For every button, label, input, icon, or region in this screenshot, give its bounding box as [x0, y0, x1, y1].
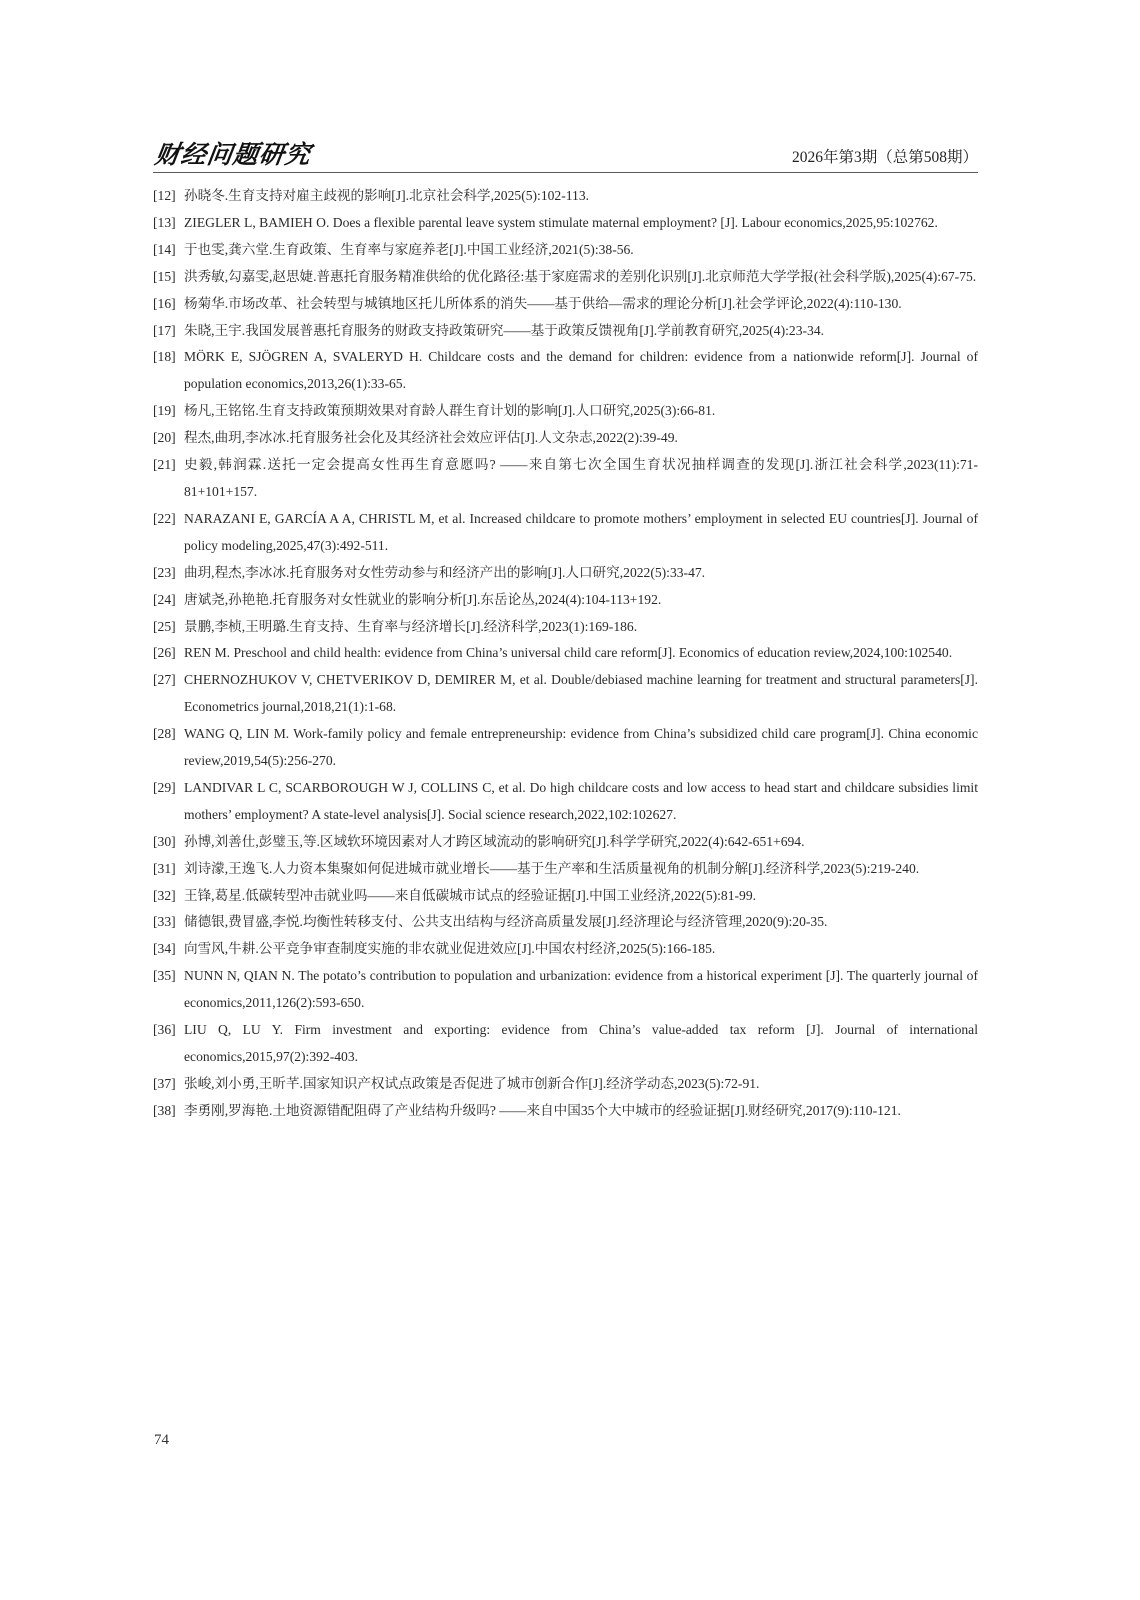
reference-text: 史毅,韩润霖.送托一定会提高女性再生育意愿吗? ——来自第七次全国生育状况抽样调… — [184, 452, 978, 506]
reference-text: 李勇刚,罗海艳.土地资源错配阻碍了产业结构升级吗? ——来自中国35个大中城市的… — [184, 1098, 978, 1125]
reference-number: [23] — [153, 560, 183, 587]
reference-text: LIU Q, LU Y. Firm investment and exporti… — [184, 1017, 978, 1071]
reference-number: [21] — [153, 452, 183, 479]
reference-number: [26] — [153, 640, 183, 667]
reference-text: NARAZANI E, GARCÍA A A, CHRISTL M, et al… — [184, 506, 978, 560]
reference-text: CHERNOZHUKOV V, CHETVERIKOV D, DEMIRER M… — [184, 667, 978, 721]
reference-text: 朱晓,王宇.我国发展普惠托育服务的财政支持政策研究——基于政策反馈视角[J].学… — [184, 318, 978, 345]
reference-item: [31] 刘诗濛,王逸飞.人力资本集聚如何促进城市就业增长——基于生产率和生活质… — [153, 856, 978, 883]
reference-number: [18] — [153, 344, 183, 371]
reference-number: [15] — [153, 264, 183, 291]
reference-item: [35] NUNN N, QIAN N. The potato’s contri… — [153, 963, 978, 1017]
reference-number: [34] — [153, 936, 183, 963]
reference-number: [12] — [153, 183, 183, 210]
reference-number: [16] — [153, 291, 183, 318]
reference-number: [22] — [153, 506, 183, 533]
reference-item: [33] 储德银,费冒盛,李悦.均衡性转移支付、公共支出结构与经济高质量发展[J… — [153, 909, 978, 936]
reference-item: [30] 孙博,刘善仕,彭璧玉,等.区域软环境因素对人才跨区域流动的影响研究[J… — [153, 829, 978, 856]
reference-text: REN M. Preschool and child health: evide… — [184, 640, 978, 667]
reference-text: 孙晓冬.生育支持对雇主歧视的影响[J].北京社会科学,2025(5):102-1… — [184, 183, 978, 210]
reference-number: [25] — [153, 614, 183, 641]
reference-number: [35] — [153, 963, 183, 990]
reference-text: 王锋,葛星.低碳转型冲击就业吗——来自低碳城市试点的经验证据[J].中国工业经济… — [184, 883, 978, 910]
reference-item: [24] 唐斌尧,孙艳艳.托育服务对女性就业的影响分析[J].东岳论丛,2024… — [153, 587, 978, 614]
reference-item: [12] 孙晓冬.生育支持对雇主歧视的影响[J].北京社会科学,2025(5):… — [153, 183, 978, 210]
reference-text: LANDIVAR L C, SCARBOROUGH W J, COLLINS C… — [184, 775, 978, 829]
reference-item: [34] 向雪风,牛耕.公平竞争审查制度实施的非农就业促进效应[J].中国农村经… — [153, 936, 978, 963]
reference-number: [19] — [153, 398, 183, 425]
reference-text: 刘诗濛,王逸飞.人力资本集聚如何促进城市就业增长——基于生产率和生活质量视角的机… — [184, 856, 978, 883]
reference-item: [37] 张峻,刘小勇,王昕芊.国家知识产权试点政策是否促进了城市创新合作[J]… — [153, 1071, 978, 1098]
reference-text: 洪秀敏,勾嘉雯,赵思婕.普惠托育服务精准供给的优化路径:基于家庭需求的差别化识别… — [184, 264, 978, 291]
reference-item: [18] MÖRK E, SJÖGREN A, SVALERYD H. Chil… — [153, 344, 978, 398]
issue-info: 2026年第3期（总第508期） — [792, 148, 978, 168]
reference-item: [14] 于也雯,龚六堂.生育政策、生育率与家庭养老[J].中国工业经济,202… — [153, 237, 978, 264]
reference-text: NUNN N, QIAN N. The potato’s contributio… — [184, 963, 978, 1017]
reference-text: WANG Q, LIN M. Work-family policy and fe… — [184, 721, 978, 775]
reference-text: 杨凡,王铭铭.生育支持政策预期效果对育龄人群生育计划的影响[J].人口研究,20… — [184, 398, 978, 425]
reference-item: [28] WANG Q, LIN M. Work-family policy a… — [153, 721, 978, 775]
reference-text: 唐斌尧,孙艳艳.托育服务对女性就业的影响分析[J].东岳论丛,2024(4):1… — [184, 587, 978, 614]
reference-number: [33] — [153, 909, 183, 936]
reference-item: [36] LIU Q, LU Y. Firm investment and ex… — [153, 1017, 978, 1071]
reference-number: [37] — [153, 1071, 183, 1098]
reference-item: [19] 杨凡,王铭铭.生育支持政策预期效果对育龄人群生育计划的影响[J].人口… — [153, 398, 978, 425]
reference-text: MÖRK E, SJÖGREN A, SVALERYD H. Childcare… — [184, 344, 978, 398]
reference-item: [15] 洪秀敏,勾嘉雯,赵思婕.普惠托育服务精准供给的优化路径:基于家庭需求的… — [153, 264, 978, 291]
reference-item: [25] 景鹏,李桢,王明璐.生育支持、生育率与经济增长[J].经济科学,202… — [153, 614, 978, 641]
reference-number: [20] — [153, 425, 183, 452]
reference-item: [27] CHERNOZHUKOV V, CHETVERIKOV D, DEMI… — [153, 667, 978, 721]
reference-number: [32] — [153, 883, 183, 910]
reference-number: [30] — [153, 829, 183, 856]
reference-number: [28] — [153, 721, 183, 748]
reference-item: [17] 朱晓,王宇.我国发展普惠托育服务的财政支持政策研究——基于政策反馈视角… — [153, 318, 978, 345]
reference-text: 杨菊华.市场改革、社会转型与城镇地区托儿所体系的消失——基于供给—需求的理论分析… — [184, 291, 978, 318]
reference-number: [17] — [153, 318, 183, 345]
journal-logo: 财经问题研究 — [153, 140, 313, 170]
reference-number: [14] — [153, 237, 183, 264]
reference-text: 储德银,费冒盛,李悦.均衡性转移支付、公共支出结构与经济高质量发展[J].经济理… — [184, 909, 978, 936]
reference-text: 景鹏,李桢,王明璐.生育支持、生育率与经济增长[J].经济科学,2023(1):… — [184, 614, 978, 641]
running-header: 财经问题研究 2026年第3期（总第508期） — [153, 140, 978, 173]
journal-page: 财经问题研究 2026年第3期（总第508期） [12] 孙晓冬.生育支持对雇主… — [153, 140, 978, 1125]
reference-number: [38] — [153, 1098, 183, 1125]
reference-item: [21] 史毅,韩润霖.送托一定会提高女性再生育意愿吗? ——来自第七次全国生育… — [153, 452, 978, 506]
reference-item: [32] 王锋,葛星.低碳转型冲击就业吗——来自低碳城市试点的经验证据[J].中… — [153, 883, 978, 910]
reference-text: 张峻,刘小勇,王昕芊.国家知识产权试点政策是否促进了城市创新合作[J].经济学动… — [184, 1071, 978, 1098]
reference-item: [13] ZIEGLER L, BAMIEH O. Does a flexibl… — [153, 210, 978, 237]
reference-number: [29] — [153, 775, 183, 802]
reference-item: [20] 程杰,曲玥,李冰冰.托育服务社会化及其经济社会效应评估[J].人文杂志… — [153, 425, 978, 452]
reference-item: [22] NARAZANI E, GARCÍA A A, CHRISTL M, … — [153, 506, 978, 560]
reference-item: [29] LANDIVAR L C, SCARBOROUGH W J, COLL… — [153, 775, 978, 829]
reference-number: [31] — [153, 856, 183, 883]
reference-number: [13] — [153, 210, 183, 237]
reference-text: 曲玥,程杰,李冰冰.托育服务对女性劳动参与和经济产出的影响[J].人口研究,20… — [184, 560, 978, 587]
reference-item: [23] 曲玥,程杰,李冰冰.托育服务对女性劳动参与和经济产出的影响[J].人口… — [153, 560, 978, 587]
reference-number: [27] — [153, 667, 183, 694]
reference-text: ZIEGLER L, BAMIEH O. Does a flexible par… — [184, 210, 978, 237]
page-number: 74 — [154, 1432, 169, 1449]
reference-item: [38] 李勇刚,罗海艳.土地资源错配阻碍了产业结构升级吗? ——来自中国35个… — [153, 1098, 978, 1125]
reference-text: 向雪风,牛耕.公平竞争审查制度实施的非农就业促进效应[J].中国农村经济,202… — [184, 936, 978, 963]
reference-list: [12] 孙晓冬.生育支持对雇主歧视的影响[J].北京社会科学,2025(5):… — [153, 183, 978, 1125]
reference-text: 于也雯,龚六堂.生育政策、生育率与家庭养老[J].中国工业经济,2021(5):… — [184, 237, 978, 264]
reference-number: [24] — [153, 587, 183, 614]
reference-item: [16] 杨菊华.市场改革、社会转型与城镇地区托儿所体系的消失——基于供给—需求… — [153, 291, 978, 318]
reference-number: [36] — [153, 1017, 183, 1044]
reference-text: 孙博,刘善仕,彭璧玉,等.区域软环境因素对人才跨区域流动的影响研究[J].科学学… — [184, 829, 978, 856]
reference-text: 程杰,曲玥,李冰冰.托育服务社会化及其经济社会效应评估[J].人文杂志,2022… — [184, 425, 978, 452]
reference-item: [26] REN M. Preschool and child health: … — [153, 640, 978, 667]
